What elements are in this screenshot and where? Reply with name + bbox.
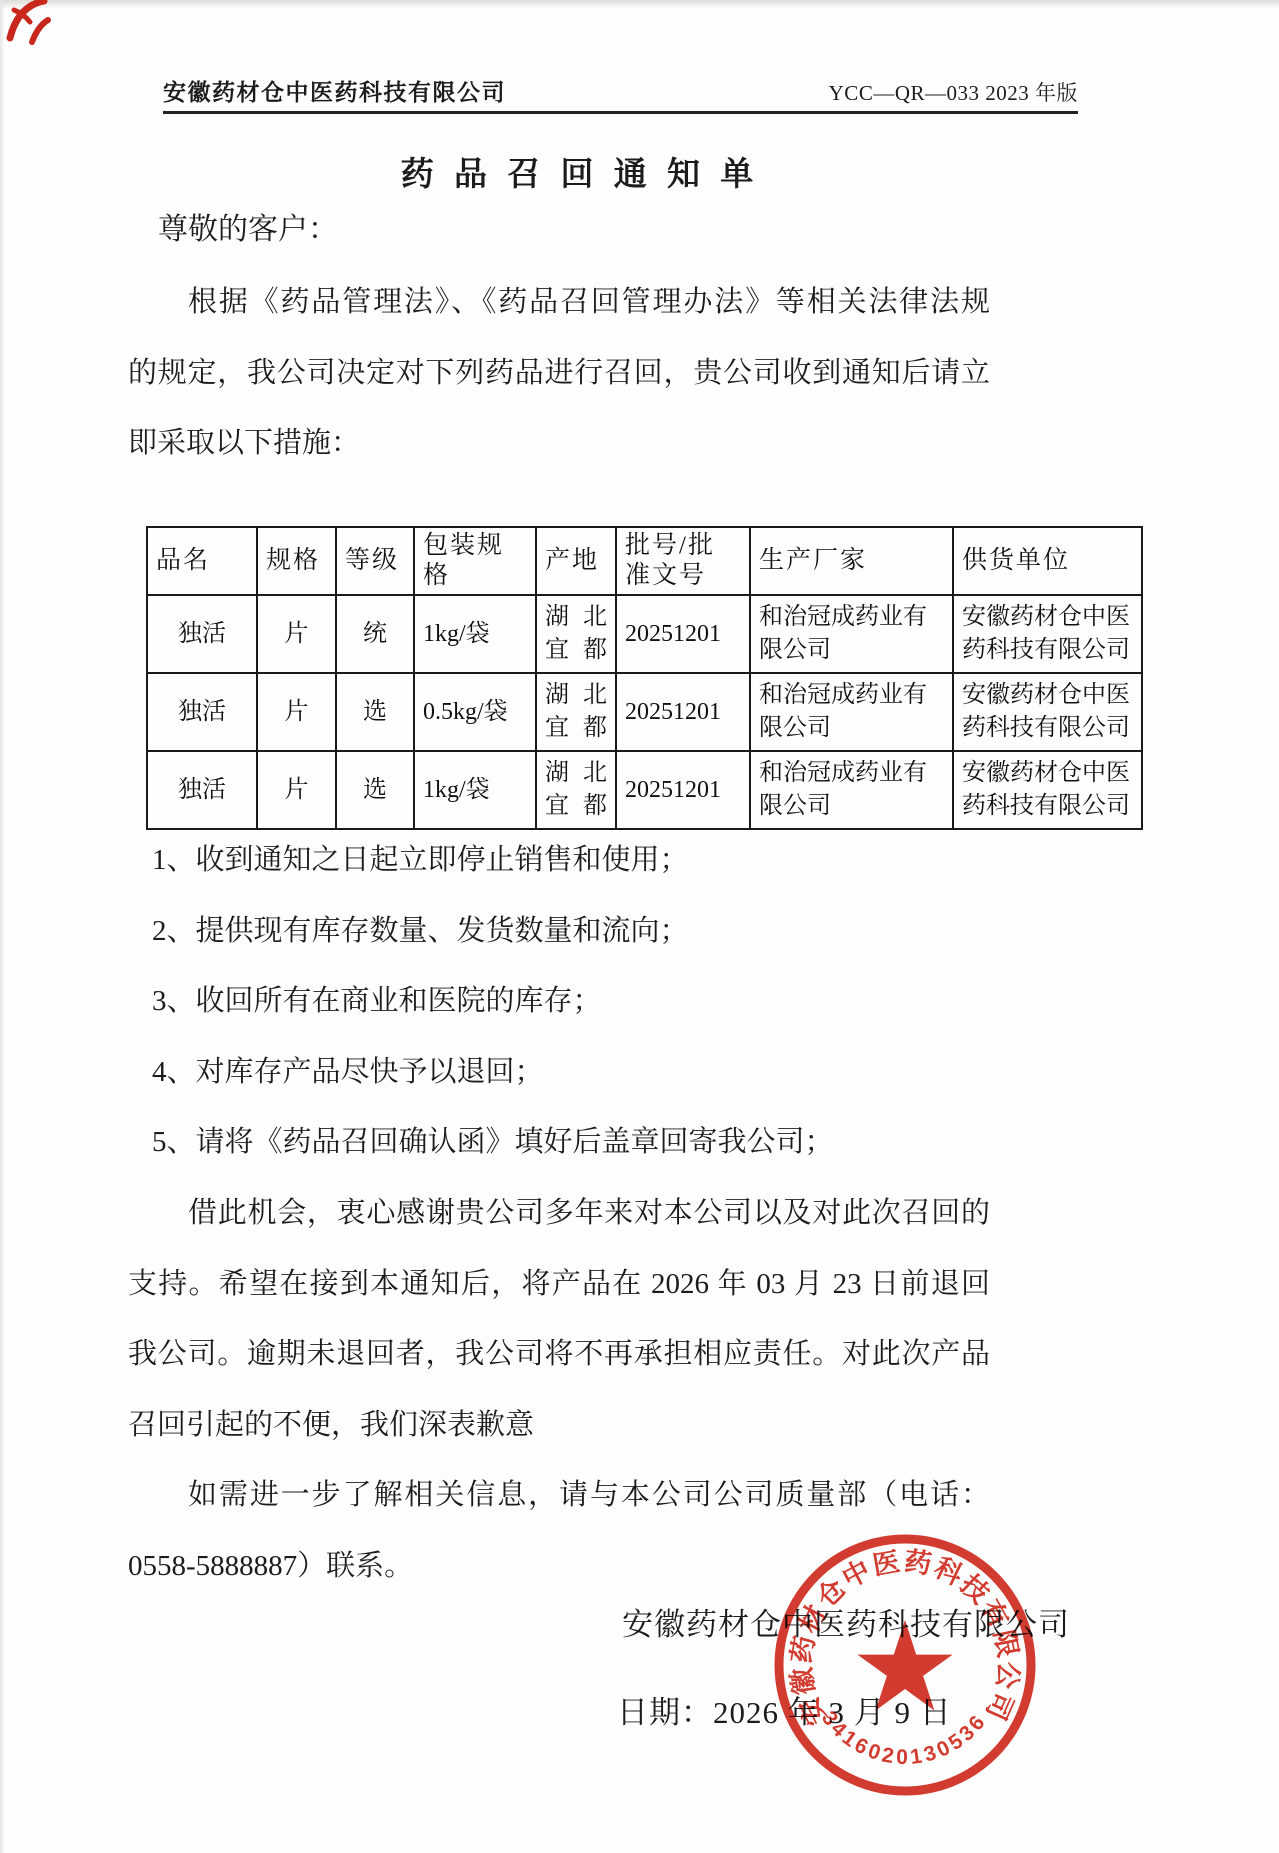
table-cell: 湖北宜都 xyxy=(536,595,616,673)
table-cell: 片 xyxy=(257,595,336,673)
table-cell: 安徽药材仓中医药科技有限公司 xyxy=(953,673,1142,751)
header-company-name: 安徽药材仓中医药科技有限公司 xyxy=(163,74,506,107)
corner-stamp-fragment-icon xyxy=(2,0,64,46)
table-cell: 和治冠成药业有限公司 xyxy=(750,751,953,829)
table-cell: 20251201 xyxy=(616,673,750,751)
intro-line: 的规定，我公司决定对下列药品进行召回，贵公司收到通知后请立 xyxy=(128,338,990,409)
header-cell-manufacturer: 生产厂家 xyxy=(750,527,953,595)
recall-table: 品名 规格 等级 包装规格 产地 批号/批准文号 生产厂家 供货单位 独活 片 … xyxy=(146,526,1143,830)
svg-text:3416020130536: 3416020130536 xyxy=(817,1707,992,1769)
closing-line: 召回引起的不便，我们深表歉意 xyxy=(128,1390,990,1461)
intro-paragraph: 根据《药品管理法》、《药品召回管理办法》等相关法律法规 的规定，我公司决定对下列… xyxy=(128,267,990,479)
measure-item: 3、收回所有在商业和医院的库存； xyxy=(152,966,834,1037)
header-cell-origin: 产地 xyxy=(536,527,616,595)
table-cell: 安徽药材仓中医药科技有限公司 xyxy=(953,595,1142,673)
intro-line: 根据《药品管理法》、《药品召回管理办法》等相关法律法规 xyxy=(128,267,990,338)
table-cell: 安徽药材仓中医药科技有限公司 xyxy=(953,751,1142,829)
closing-paragraph-1: 借此机会，衷心感谢贵公司多年来对本公司以及对此次召回的 支持。希望在接到本通知后… xyxy=(128,1178,990,1460)
table-row: 独活 片 统 1kg/袋 湖北宜都 20251201 和治冠成药业有限公司 安徽… xyxy=(147,595,1142,673)
measure-item: 5、请将《药品召回确认函》填好后盖章回寄我公司； xyxy=(152,1107,834,1178)
table-cell: 选 xyxy=(336,751,414,829)
header-cell-supplier: 供货单位 xyxy=(953,527,1142,595)
salutation: 尊敬的客户： xyxy=(158,208,338,252)
header-doc-code: YCC—QR—033 2023 年版 xyxy=(829,77,1078,107)
seal-star-icon xyxy=(857,1620,952,1711)
table-cell: 20251201 xyxy=(616,595,750,673)
table-cell: 片 xyxy=(257,673,336,751)
measure-item: 2、提供现有库存数量、发货数量和流向； xyxy=(152,896,834,967)
table-cell: 湖北宜都 xyxy=(536,751,616,829)
table-cell: 0.5kg/袋 xyxy=(414,673,536,751)
measure-item: 1、收到通知之日起立即停止销售和使用； xyxy=(152,825,834,896)
table-row: 独活 片 选 0.5kg/袋 湖北宜都 20251201 和治冠成药业有限公司 … xyxy=(147,673,1142,751)
closing-line: 借此机会，衷心感谢贵公司多年来对本公司以及对此次召回的 xyxy=(128,1178,990,1249)
header-cell-packaging: 包装规格 xyxy=(414,527,536,595)
closing-line: 我公司。逾期未退回者，我公司将不再承担相应责任。对此次产品 xyxy=(128,1319,990,1390)
table-cell: 独活 xyxy=(147,751,257,829)
table-cell: 和治冠成药业有限公司 xyxy=(750,595,953,673)
header-cell-grade: 等级 xyxy=(336,527,414,595)
company-seal-stamp-icon: 安徽药材仓中医药科技有限公司 3416020130536 xyxy=(765,1520,1045,1810)
table-cell: 和治冠成药业有限公司 xyxy=(750,673,953,751)
table-cell: 湖北宜都 xyxy=(536,673,616,751)
seal-number: 3416020130536 xyxy=(817,1707,992,1769)
intro-line: 即采取以下措施： xyxy=(128,408,990,479)
table-cell: 20251201 xyxy=(616,751,750,829)
page-title: 药 品 召 回 通 知 单 xyxy=(0,148,1160,195)
table-cell: 片 xyxy=(257,751,336,829)
table-cell: 1kg/袋 xyxy=(414,595,536,673)
measure-item: 4、对库存产品尽快予以退回； xyxy=(152,1037,834,1108)
table-cell: 1kg/袋 xyxy=(414,751,536,829)
table-cell: 独活 xyxy=(147,595,257,673)
table-cell: 统 xyxy=(336,595,414,673)
table-row: 独活 片 选 1kg/袋 湖北宜都 20251201 和治冠成药业有限公司 安徽… xyxy=(147,751,1142,829)
header-cell-product-name: 品名 xyxy=(147,527,257,595)
header-cell-batch-number: 批号/批准文号 xyxy=(616,527,750,595)
document-header: 安徽药材仓中医药科技有限公司 YCC—QR—033 2023 年版 xyxy=(163,74,1078,114)
table-header-row: 品名 规格 等级 包装规格 产地 批号/批准文号 生产厂家 供货单位 xyxy=(147,527,1142,595)
closing-line: 支持。希望在接到本通知后，将产品在 2026 年 03 月 23 日前退回 xyxy=(128,1249,990,1320)
scan-edge-artifact xyxy=(0,0,1279,9)
table-cell: 选 xyxy=(336,673,414,751)
table-cell: 独活 xyxy=(147,673,257,751)
measures-list: 1、收到通知之日起立即停止销售和使用； 2、提供现有库存数量、发货数量和流向； … xyxy=(152,825,834,1178)
header-cell-spec: 规格 xyxy=(257,527,336,595)
scan-edge-artifact-left xyxy=(0,0,5,1853)
